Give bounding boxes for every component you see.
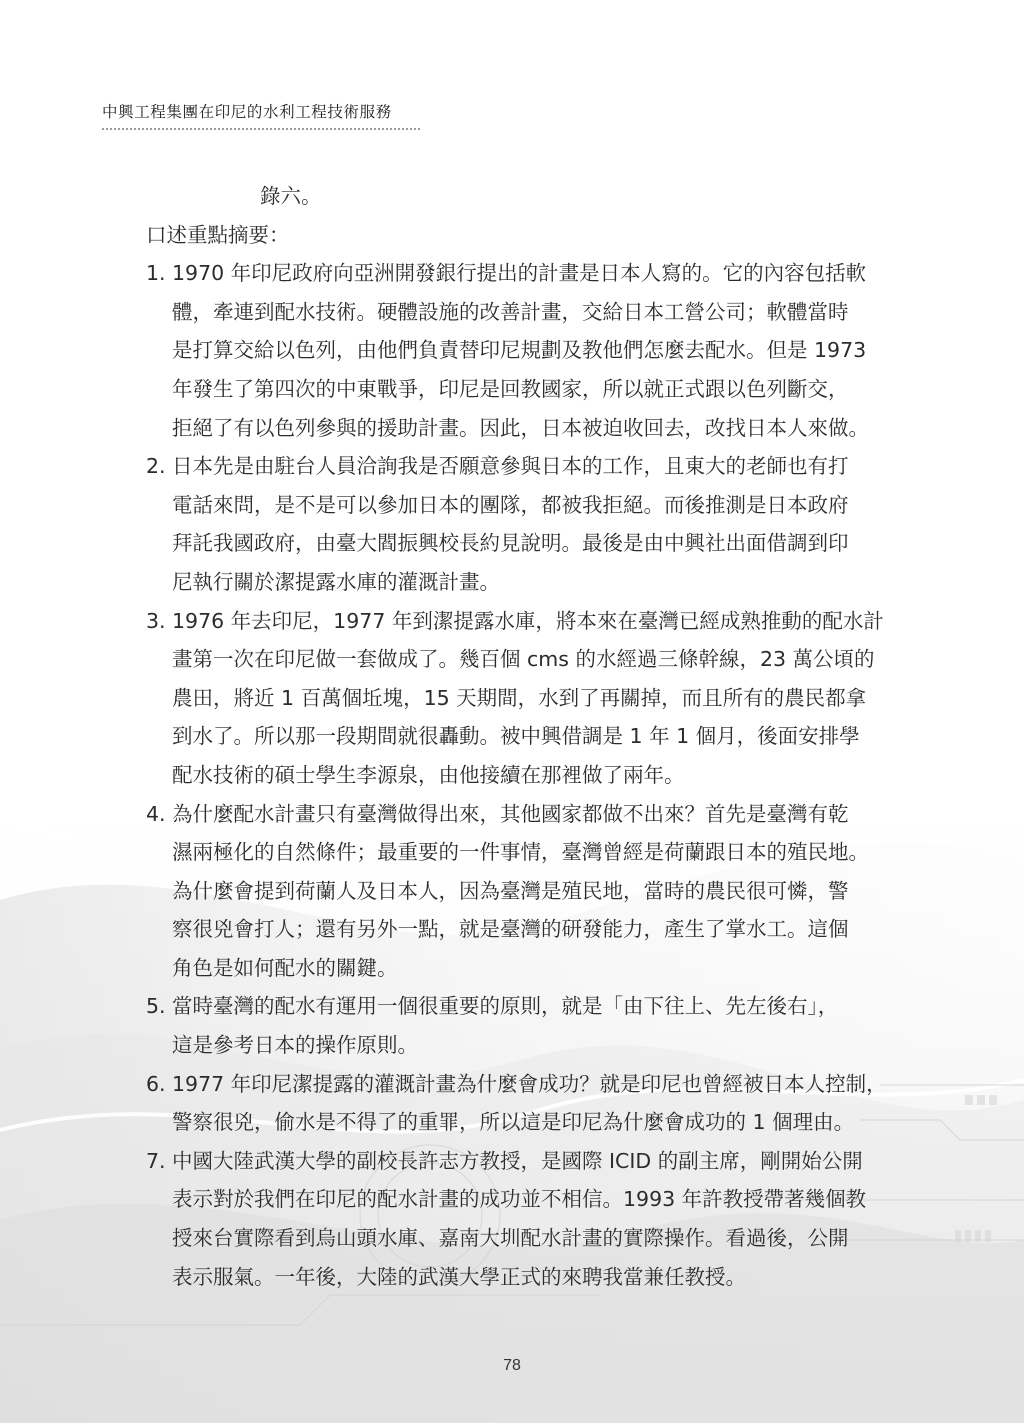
text-line: 角色是如何配水的關鍵。 — [172, 949, 926, 988]
list-item: 1. 1970 年印尼政府向亞洲開發銀行提出的計畫是日本人寫的。它的內容包括軟 … — [146, 254, 926, 447]
text-line: 警察很兇，偷水是不得了的重罪，所以這是印尼為什麼會成功的 1 個理由。 — [172, 1103, 926, 1142]
running-header-title: 中興工程集團在印尼的水利工程技術服務 — [102, 100, 420, 124]
text-line: 體，牽連到配水技術。硬體設施的改善計畫，交給日本工營公司；軟體當時 — [172, 293, 926, 332]
text-line: 當時臺灣的配水有運用一個很重要的原則，就是「由下往上、先左後右」， — [172, 987, 926, 1026]
text-line: 為什麼會提到荷蘭人及日本人，因為臺灣是殖民地，當時的農民很可憐，警 — [172, 872, 926, 911]
list-item-text: 為什麼配水計畫只有臺灣做得出來，其他國家都做不出來？首先是臺灣有乾 濕兩極化的自… — [172, 795, 926, 988]
text-line: 配水技術的碩士學生李源泉，由他接續在那裡做了兩年。 — [172, 756, 926, 795]
list-item: 6. 1977 年印尼潔提露的灌溉計畫為什麼會成功？就是印尼也曾經被日本人控制，… — [146, 1065, 926, 1142]
list-item-text: 1976 年去印尼，1977 年到潔提露水庫，將本來在臺灣已經成熟推動的配水計 … — [172, 602, 926, 795]
list-item: 5. 當時臺灣的配水有運用一個很重要的原則，就是「由下往上、先左後右」， 這是參… — [146, 987, 926, 1064]
text-line: 到水了。所以那一段期間就很轟動。被中興借調是 1 年 1 個月，後面安排學 — [172, 717, 926, 756]
summary-list: 1. 1970 年印尼政府向亞洲開發銀行提出的計畫是日本人寫的。它的內容包括軟 … — [146, 254, 926, 1296]
list-item-text: 當時臺灣的配水有運用一個很重要的原則，就是「由下往上、先左後右」， 這是參考日本… — [172, 987, 926, 1064]
text-line: 畫第一次在印尼做一套做成了。幾百個 cms 的水經過三條幹線，23 萬公頃的 — [172, 640, 926, 679]
text-line: 表示對於我們在印尼的配水計畫的成功並不相信。1993 年許教授帶著幾個教 — [172, 1180, 926, 1219]
page-body: 錄六。 口述重點摘要： 1. 1970 年印尼政府向亞洲開發銀行提出的計畫是日本… — [146, 177, 926, 1296]
list-item-number: 7. — [146, 1142, 172, 1296]
header-dotted-divider — [102, 128, 420, 130]
list-item-number: 2. — [146, 447, 172, 601]
text-line: 尼執行關於潔提露水庫的灌溉計畫。 — [172, 563, 926, 602]
text-line: 電話來問，是不是可以參加日本的團隊，都被我拒絕。而後推測是日本政府 — [172, 486, 926, 525]
list-item: 3. 1976 年去印尼，1977 年到潔提露水庫，將本來在臺灣已經成熟推動的配… — [146, 602, 926, 795]
text-line: 1977 年印尼潔提露的灌溉計畫為什麼會成功？就是印尼也曾經被日本人控制， — [172, 1065, 926, 1104]
list-item-text: 日本先是由駐台人員洽詢我是否願意參與日本的工作，且東大的老師也有打 電話來問，是… — [172, 447, 926, 601]
appendix-reference: 錄六。 — [146, 177, 926, 216]
text-line: 日本先是由駐台人員洽詢我是否願意參與日本的工作，且東大的老師也有打 — [172, 447, 926, 486]
text-line: 1976 年去印尼，1977 年到潔提露水庫，將本來在臺灣已經成熟推動的配水計 — [172, 602, 926, 641]
list-item: 7. 中國大陸武漢大學的副校長許志方教授，是國際 ICID 的副主席，剛開始公開… — [146, 1142, 926, 1296]
text-line: 濕兩極化的自然條件；最重要的一件事情，臺灣曾經是荷蘭跟日本的殖民地。 — [172, 833, 926, 872]
text-line: 察很兇會打人；還有另外一點，就是臺灣的研發能力，產生了掌水工。這個 — [172, 910, 926, 949]
text-line: 農田，將近 1 百萬個坵塊，15 天期間，水到了再關掉，而且所有的農民都拿 — [172, 679, 926, 718]
text-line: 授來台實際看到烏山頭水庫、嘉南大圳配水計畫的實際操作。看過後，公開 — [172, 1219, 926, 1258]
list-item-number: 4. — [146, 795, 172, 988]
list-item-text: 1977 年印尼潔提露的灌溉計畫為什麼會成功？就是印尼也曾經被日本人控制， 警察… — [172, 1065, 926, 1142]
running-header: 中興工程集團在印尼的水利工程技術服務 — [102, 100, 420, 130]
text-line: 這是參考日本的操作原則。 — [172, 1026, 926, 1065]
list-item-number: 1. — [146, 254, 172, 447]
text-line: 表示服氣。一年後，大陸的武漢大學正式的來聘我當兼任教授。 — [172, 1258, 926, 1297]
text-line: 是打算交給以色列，由他們負責替印尼規劃及教他們怎麼去配水。但是 1973 — [172, 331, 926, 370]
text-line: 拒絕了有以色列參與的援助計畫。因此，日本被迫收回去，改找日本人來做。 — [172, 409, 926, 448]
text-line: 年發生了第四次的中東戰爭，印尼是回教國家，所以就正式跟以色列斷交， — [172, 370, 926, 409]
list-item-number: 5. — [146, 987, 172, 1064]
text-line: 中國大陸武漢大學的副校長許志方教授，是國際 ICID 的副主席，剛開始公開 — [172, 1142, 926, 1181]
page-number: 78 — [0, 1357, 1024, 1375]
list-item: 2. 日本先是由駐台人員洽詢我是否願意參與日本的工作，且東大的老師也有打 電話來… — [146, 447, 926, 601]
text-line: 1970 年印尼政府向亞洲開發銀行提出的計畫是日本人寫的。它的內容包括軟 — [172, 254, 926, 293]
text-line: 為什麼配水計畫只有臺灣做得出來，其他國家都做不出來？首先是臺灣有乾 — [172, 795, 926, 834]
text-line: 拜託我國政府，由臺大閻振興校長約見說明。最後是由中興社出面借調到印 — [172, 524, 926, 563]
section-heading: 口述重點摘要： — [146, 216, 926, 255]
list-item-number: 6. — [146, 1065, 172, 1142]
list-item-text: 1970 年印尼政府向亞洲開發銀行提出的計畫是日本人寫的。它的內容包括軟 體，牽… — [172, 254, 926, 447]
list-item-number: 3. — [146, 602, 172, 795]
list-item-text: 中國大陸武漢大學的副校長許志方教授，是國際 ICID 的副主席，剛開始公開 表示… — [172, 1142, 926, 1296]
list-item: 4. 為什麼配水計畫只有臺灣做得出來，其他國家都做不出來？首先是臺灣有乾 濕兩極… — [146, 795, 926, 988]
